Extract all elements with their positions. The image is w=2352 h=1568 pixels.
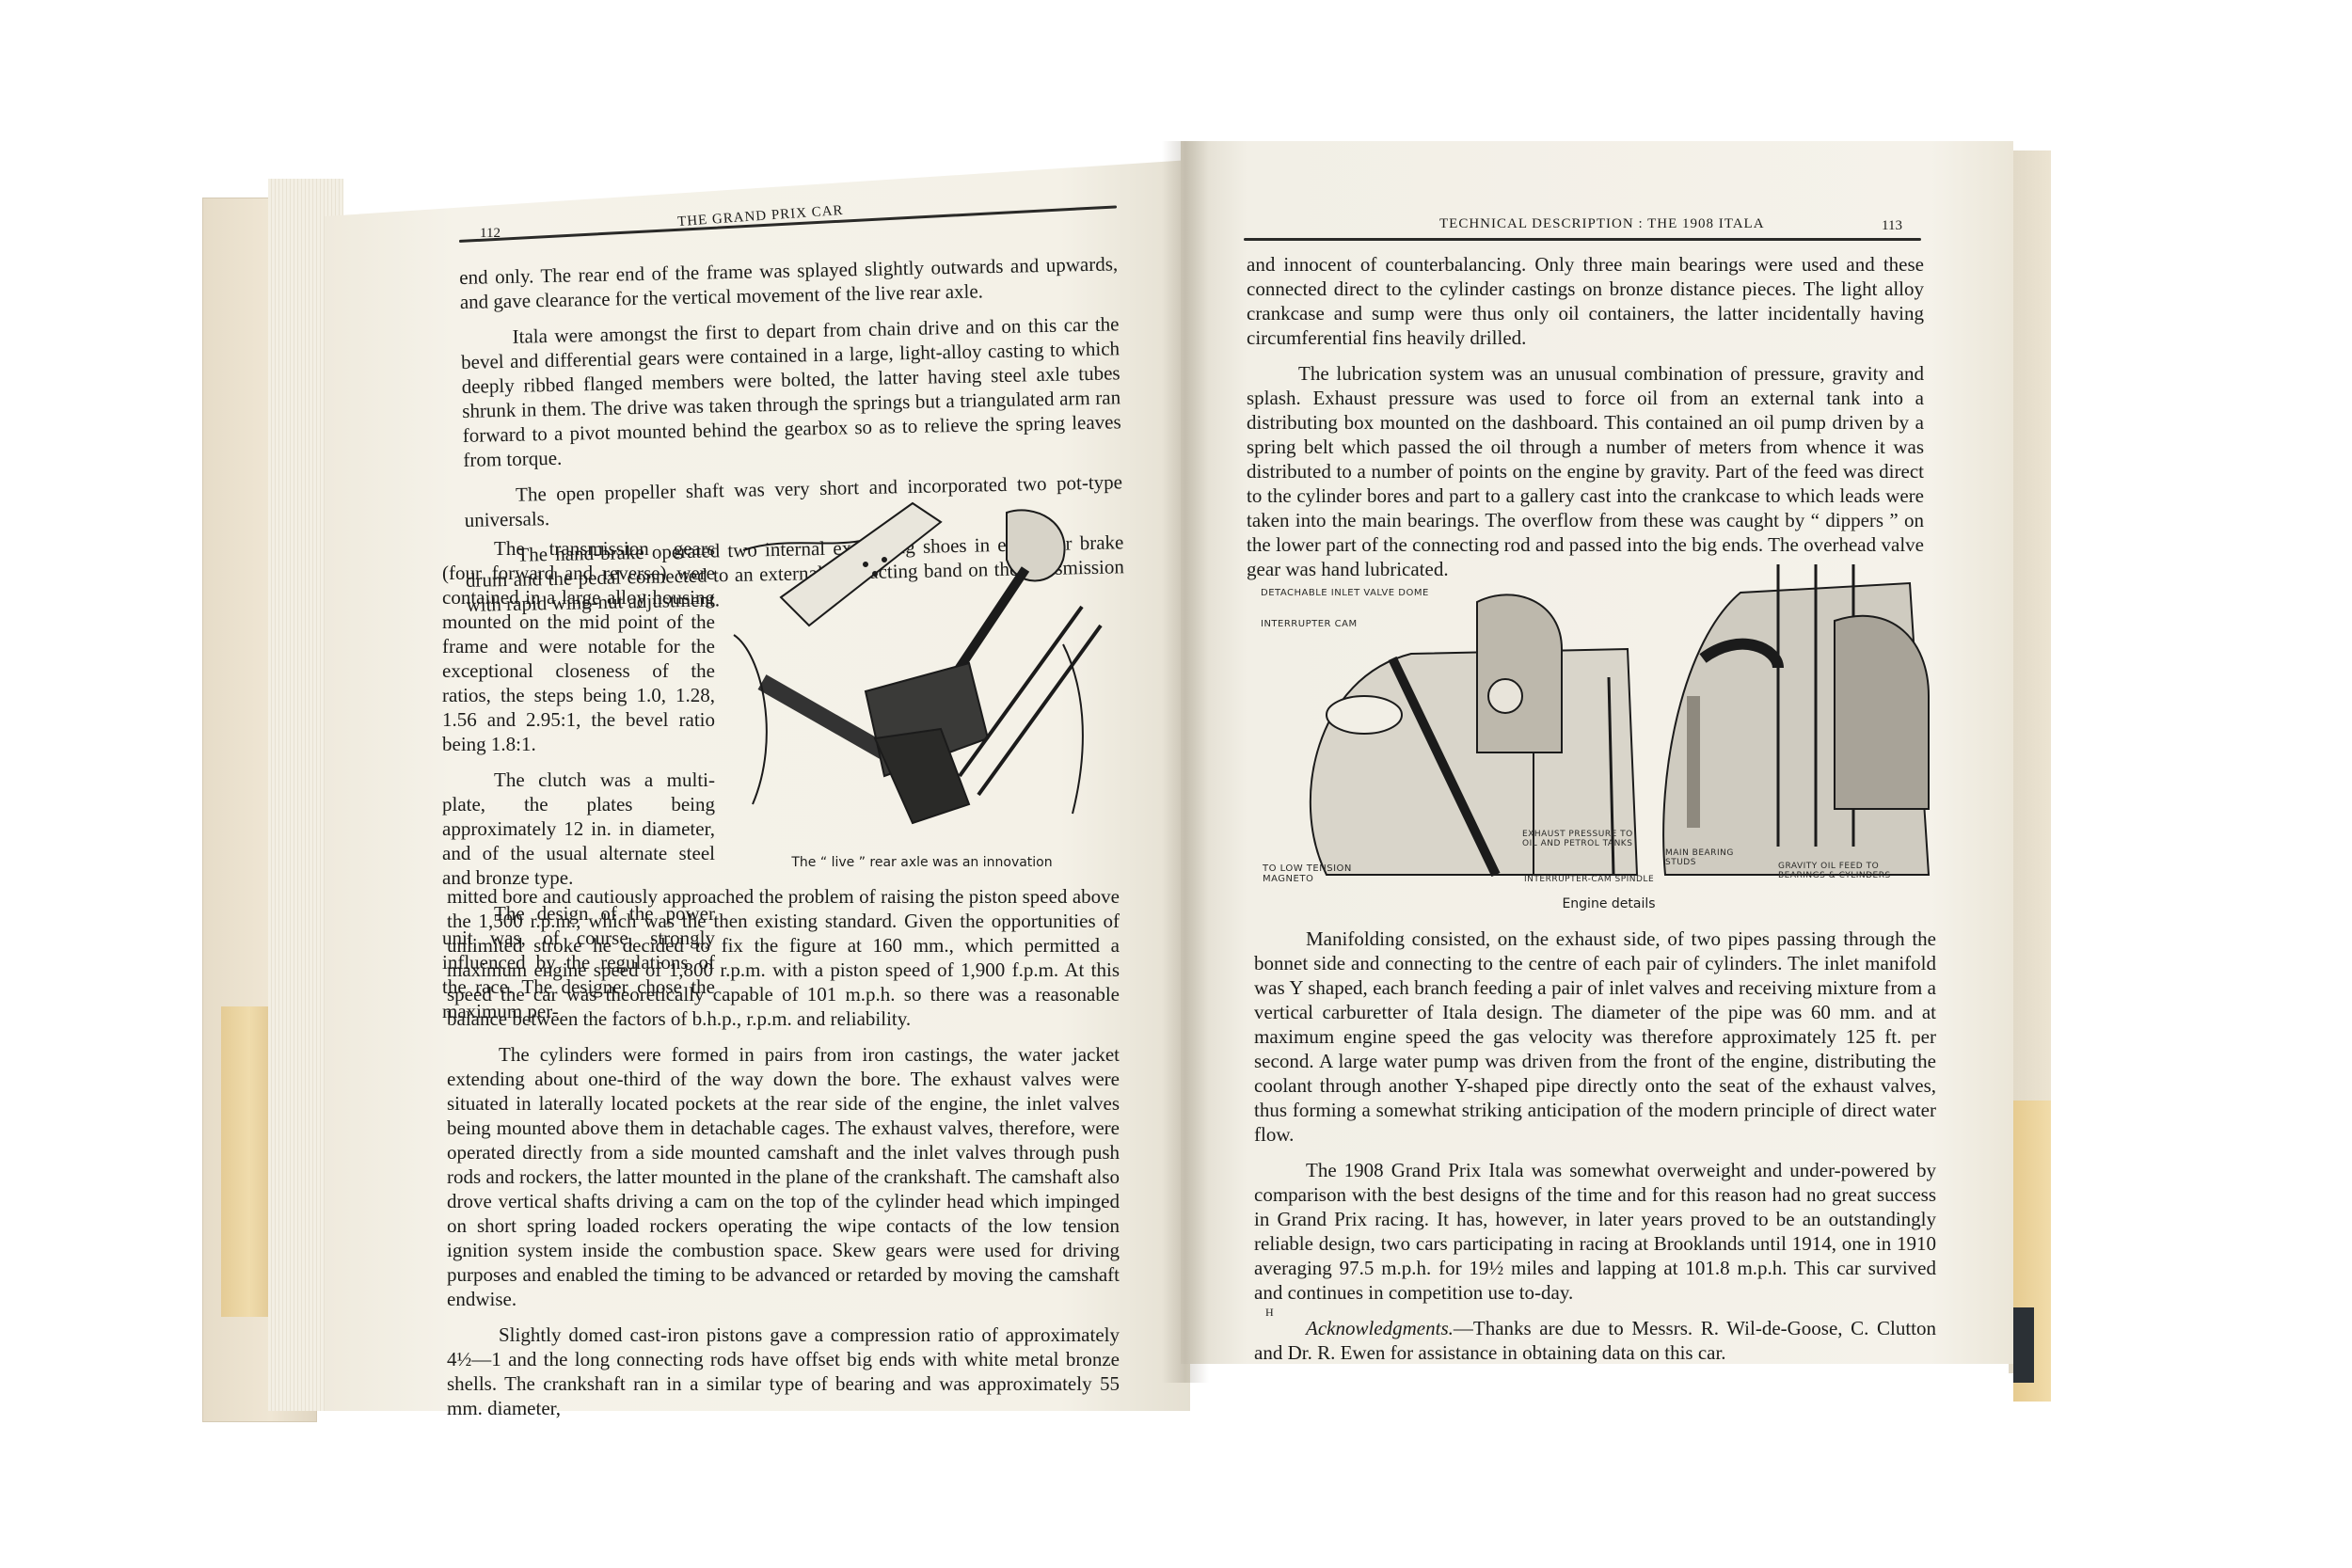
- book-cover-right-edge: [2013, 1307, 2034, 1383]
- paragraph: and innocent of counterbalancing. Only t…: [1247, 252, 1924, 350]
- paragraph: The lubrication system was an unusual co…: [1247, 361, 1924, 581]
- header-rule-right: [1244, 238, 1921, 241]
- paragraph: The clutch was a multi-plate, the plates…: [442, 768, 715, 890]
- figure-caption: The “ live ” rear axle was an innovation: [724, 855, 1120, 870]
- paragraph: Itala were amongst the first to depart f…: [460, 311, 1121, 472]
- engine-details-figure: Detachable inlet valve dome Interrupter …: [1251, 564, 1966, 912]
- acknowledgments-heading: Acknowledgments.: [1306, 1317, 1454, 1339]
- paragraph: The 1908 Grand Prix Itala was somewhat o…: [1254, 1158, 1936, 1305]
- signature-mark: H: [1265, 1306, 1274, 1320]
- rear-axle-illustration-icon: [724, 494, 1120, 842]
- page-number-right: 113: [1882, 218, 1902, 234]
- acknowledgments: Acknowledgments.—Thanks are due to Messr…: [1254, 1316, 1936, 1365]
- book-gutter: [1162, 141, 1209, 1383]
- paragraph: The cylinders were formed in pairs from …: [447, 1042, 1120, 1311]
- paragraph: The transmission gears (four forward and…: [442, 536, 715, 756]
- right-page-text-top: and innocent of counterbalancing. Only t…: [1247, 252, 1924, 593]
- left-page-text-bottom: mitted bore and cautiously approached th…: [447, 884, 1120, 1432]
- paragraph: Slightly domed cast-iron pistons gave a …: [447, 1323, 1120, 1420]
- figure-label: To low tension magneto: [1263, 863, 1375, 884]
- figure-label: Detachable inlet valve dome: [1261, 588, 1429, 598]
- figure-label: Main bearing studs: [1665, 848, 1740, 867]
- right-page-text-bottom: Manifolding consisted, on the exhaust si…: [1254, 927, 1936, 1376]
- figure-label: Interrupter cam: [1261, 619, 1358, 629]
- figure-label: Exhaust pressure to oil and petrol tanks: [1522, 830, 1645, 848]
- running-head-right: Technical Description : The 1908 Itala: [1439, 216, 1765, 232]
- paragraph: mitted bore and cautiously approached th…: [447, 884, 1120, 1031]
- paragraph: Manifolding consisted, on the exhaust si…: [1254, 927, 1936, 1147]
- figure-label: Interrupter-cam spindle: [1524, 875, 1654, 884]
- figure-label: Gravity oil feed to bearings & cylinders: [1778, 862, 1910, 880]
- rear-axle-figure: The “ live ” rear axle was an innovation: [724, 494, 1120, 870]
